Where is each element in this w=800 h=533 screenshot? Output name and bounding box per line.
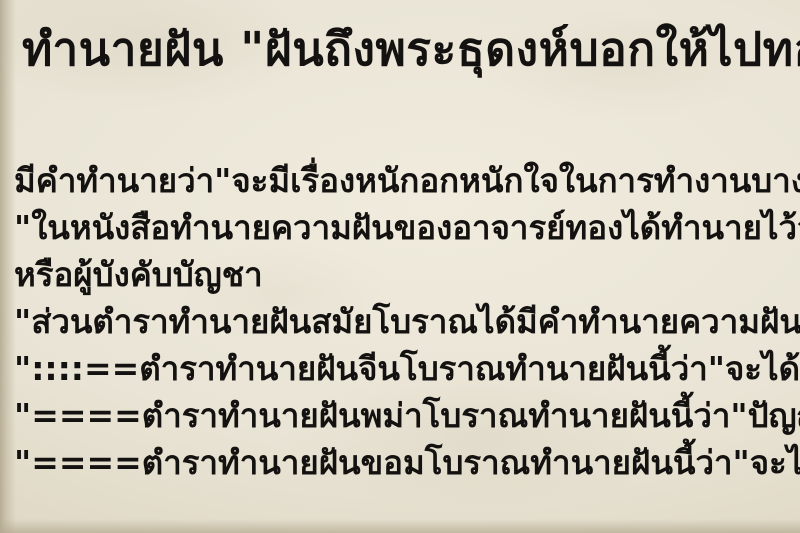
body-line: "====ตำราทำนายฝันขอมโบราณทำนายฝันนี้ว่า"… xyxy=(14,439,800,486)
body-line: มีคำทำนายว่า"จะมีเรื่องหนักอกหนักใจในการ… xyxy=(14,157,800,204)
body-text: มีคำทำนายว่า"จะมีเรื่องหนักอกหนักใจในการ… xyxy=(14,157,800,486)
page-content: ทำนายฝัน "ฝันถึงพระธุดงห์บอกให้ไปทอดผ มี… xyxy=(0,0,800,533)
body-line: หรือผู้บังคับบัญชา xyxy=(14,251,800,298)
document-page: ทำนายฝัน "ฝันถึงพระธุดงห์บอกให้ไปทอดผ มี… xyxy=(0,0,800,533)
page-title: ทำนายฝัน "ฝันถึงพระธุดงห์บอกให้ไปทอดผ xyxy=(22,18,800,80)
body-line: "::::==ตำราทำนายฝันจีนโบราณทำนายฝันนี้ว่… xyxy=(14,345,800,392)
body-line: "====ตำราทำนายฝันพม่าโบราณทำนายฝันนี้ว่า… xyxy=(14,392,800,439)
body-line: "ในหนังสือทำนายความฝันของอาจารย์ทองได้ทำ… xyxy=(14,204,800,251)
body-line: "ส่วนตำราทำนายฝันสมัยโบราณได้มีคำทำนายคว… xyxy=(14,298,800,345)
